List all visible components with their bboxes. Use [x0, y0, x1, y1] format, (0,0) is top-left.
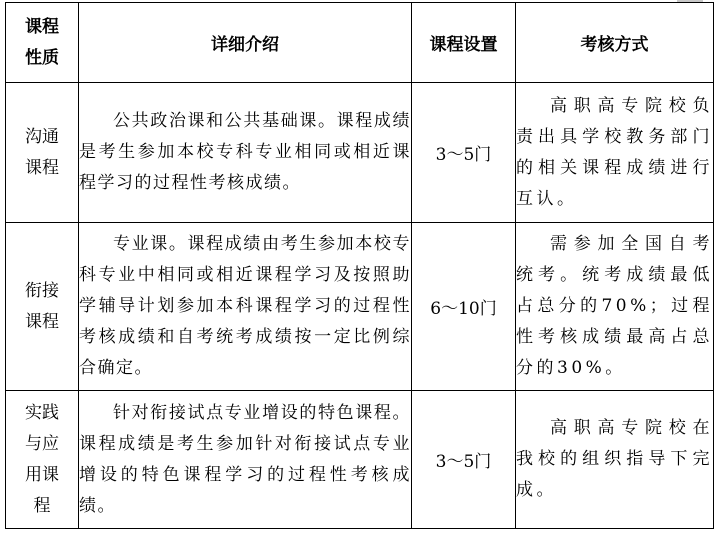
header-detail: 详细介绍	[79, 3, 412, 83]
course-detail-cell: 专业课。课程成绩由考生参加本校专科专业中相同或相近课程学习及按照助学辅导计划参加…	[79, 223, 412, 391]
course-nature-cell: 衔接课程	[6, 223, 79, 391]
course-setting-cell: 3～5门	[412, 391, 516, 529]
course-nature-cell: 实践与应用课程	[6, 391, 79, 529]
course-detail-cell: 公共政治课和公共基础课。课程成绩是考生参加本校专科专业相同或相近课程学习的过程性…	[79, 83, 412, 223]
header-assessment: 考核方式	[516, 3, 714, 83]
course-setting-cell: 3～5门	[412, 83, 516, 223]
course-assessment-cell: 需参加全国自考统考。统考成绩最低占总分的70%；过程性考核成绩最高占总分的30%…	[516, 223, 714, 391]
course-setting-cell: 6～10门	[412, 223, 516, 391]
header-nature: 课程性质	[6, 3, 79, 83]
table-row: 衔接课程 专业课。课程成绩由考生参加本校专科专业中相同或相近课程学习及按照助学辅…	[6, 223, 714, 391]
course-table: 课程性质 详细介绍 课程设置 考核方式 沟通课程 公共政治课和公共基础课。课程成…	[5, 2, 714, 529]
header-row: 课程性质 详细介绍 课程设置 考核方式	[6, 3, 714, 83]
course-assessment-cell: 高职高专院校负责出具学校教务部门的相关课程成绩进行互认。	[516, 83, 714, 223]
course-assessment-cell: 高职高专院校在我校的组织指导下完成。	[516, 391, 714, 529]
course-detail-cell: 针对衔接试点专业增设的特色课程。课程成绩是考生参加针对衔接试点专业增设的特色课程…	[79, 391, 412, 529]
header-setting: 课程设置	[412, 3, 516, 83]
table-row: 实践与应用课程 针对衔接试点专业增设的特色课程。课程成绩是考生参加针对衔接试点专…	[6, 391, 714, 529]
table-row: 沟通课程 公共政治课和公共基础课。课程成绩是考生参加本校专科专业相同或相近课程学…	[6, 83, 714, 223]
course-nature-cell: 沟通课程	[6, 83, 79, 223]
